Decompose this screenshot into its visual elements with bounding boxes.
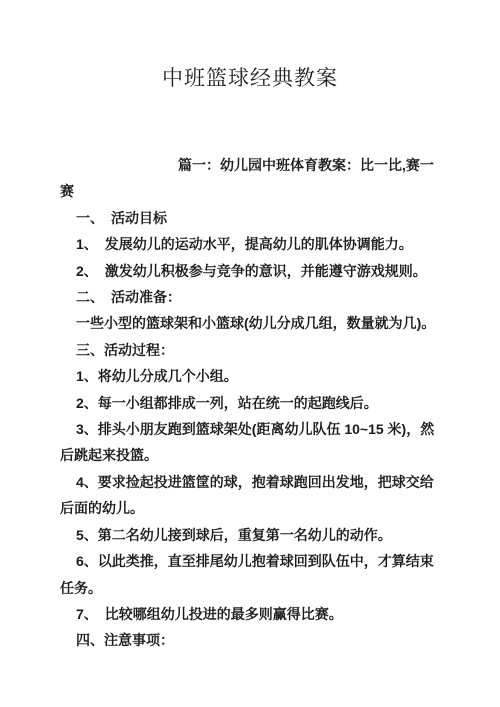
list-item-goal-2: 2、 激发幼儿积极参与竞争的意识，并能遵守游戏规则。 <box>60 258 440 284</box>
list-item-step-6: 6、以此类推，直至排尾幼儿抱着球回到队伍中，才算结束任务。 <box>60 548 440 601</box>
heading-section-1-activity-goals: 一、 活动目标 <box>60 205 440 231</box>
paragraph-part-one-heading: 篇一：幼儿园中班体育教案：比一比,赛一赛 <box>60 152 440 205</box>
document-body: 篇一：幼儿园中班体育教案：比一比,赛一赛 一、 活动目标 1、 发展幼儿的运动水… <box>60 152 440 654</box>
list-item-step-2: 2、每一小组都排成一列，站在统一的起跑线后。 <box>60 390 440 416</box>
document-page: 中班篮球经典教案 篇一：幼儿园中班体育教案：比一比,赛一赛 一、 活动目标 1、… <box>0 0 500 707</box>
heading-section-2-preparation: 二、 活动准备： <box>60 284 440 310</box>
paragraph-preparation-detail: 一些小型的篮球架和小篮球(幼儿分成几组，数量就为几)。 <box>60 310 440 336</box>
list-item-step-4: 4、要求捡起投进篮筐的球，抱着球跑回出发地，把球交给后面的幼儿。 <box>60 469 440 522</box>
list-item-step-1: 1、将幼儿分成几个小组。 <box>60 363 440 389</box>
list-item-step-5: 5、第二名幼儿接到球后，重复第一名幼儿的动作。 <box>60 522 440 548</box>
list-item-step-7: 7、 比较哪组幼儿投进的最多则赢得比赛。 <box>60 601 440 627</box>
list-item-step-3: 3、排头小朋友跑到篮球架处(距离幼儿队伍 10~15 米)，然后跳起来投篮。 <box>60 416 440 469</box>
document-title: 中班篮球经典教案 <box>60 64 440 92</box>
heading-section-4-notes: 四、注意事项： <box>60 627 440 653</box>
list-item-goal-1: 1、 发展幼儿的运动水平，提高幼儿的肌体协调能力。 <box>60 231 440 257</box>
heading-section-3-procedure: 三、活动过程： <box>60 337 440 363</box>
